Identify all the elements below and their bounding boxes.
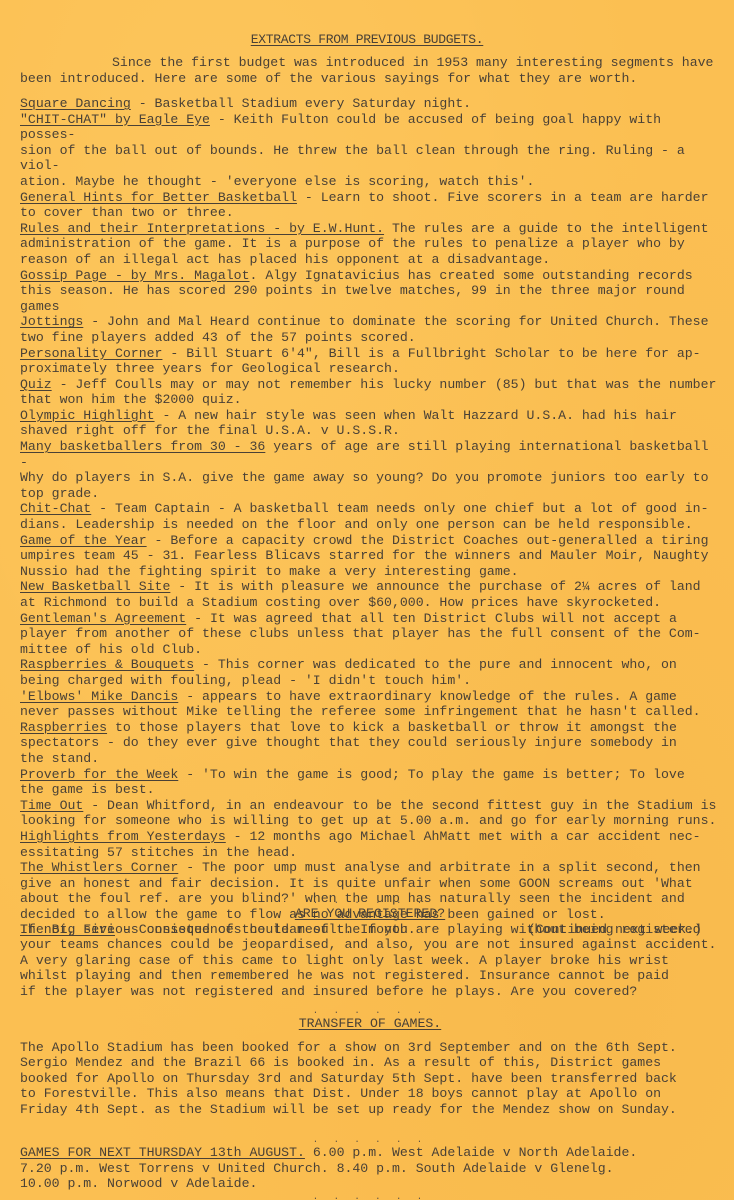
entry-item: Gentleman's Agreement - It was agreed th… xyxy=(20,611,720,658)
entry-item: Gossip Page - by Mrs. Magalot. Algy Igna… xyxy=(20,268,720,315)
entry-item: Time Out - Dean Whitford, in an endeavou… xyxy=(20,798,720,829)
entry-heading: New Basketball Site xyxy=(20,579,170,594)
separator: . . . . . . xyxy=(20,1135,720,1145)
separator: . . . . . . xyxy=(20,896,720,906)
separator-end: . . . . . . xyxy=(20,1192,720,1200)
document-title: EXTRACTS FROM PREVIOUS BUDGETS. xyxy=(0,32,734,48)
entry-heading: 'Elbows' Mike Dancis xyxy=(20,689,178,704)
entry-text: - Basketball Stadium every Saturday nigh… xyxy=(131,96,471,111)
entry-item: Raspberries & Bouquets - This corner was… xyxy=(20,657,720,688)
entry-item: Chit-Chat - Team Captain - A basketball … xyxy=(20,501,720,532)
fixture: 10.00 p.m. Norwood v Adelaide. xyxy=(20,1176,257,1191)
entry-item: Raspberries to those players that love t… xyxy=(20,720,720,767)
fixture: 6.00 p.m. West Adelaide v North Adelaide… xyxy=(313,1145,637,1160)
entry-heading: "CHIT-CHAT" by Eagle Eye xyxy=(20,112,210,127)
entry-text: - Dean Whitford, in an endeavour to be t… xyxy=(20,798,716,829)
games-body: GAMES FOR NEXT THURSDAY 13th AUGUST. 6.0… xyxy=(20,1145,720,1192)
fixture: 8.40 p.m. South Adelaide v Glenelg. xyxy=(337,1161,614,1176)
registered-heading-text: ARE YOU REGISTERED? xyxy=(295,906,445,921)
entry-heading: Gossip Page - by Mrs. Magalot xyxy=(20,268,250,283)
registered-body: If not, serious consequences could resul… xyxy=(20,922,720,1000)
entry-heading: Square Dancing xyxy=(20,96,131,111)
entry-item: Quiz - Jeff Coulls may or may not rememb… xyxy=(20,377,720,408)
entry-text: - Team Captain - A basketball team needs… xyxy=(20,501,709,532)
entry-heading: Gentleman's Agreement xyxy=(20,611,186,626)
entry-item: Game of the Year - Before a capacity cro… xyxy=(20,533,720,580)
entry-item: 'Elbows' Mike Dancis - appears to have e… xyxy=(20,689,720,720)
intro-paragraph: Since the first budget was introduced in… xyxy=(20,55,720,86)
entry-heading: Personality Corner xyxy=(20,346,162,361)
transfer-heading-text: TRANSFER OF GAMES. xyxy=(299,1016,441,1031)
entry-item: Jottings - John and Mal Heard continue t… xyxy=(20,314,720,345)
intro-line-1: Since the first budget was introduced in… xyxy=(20,55,720,71)
entry-text: - Jeff Coulls may or may not remember hi… xyxy=(20,377,716,408)
entry-heading: Quiz xyxy=(20,377,52,392)
entry-heading: Jottings xyxy=(20,314,83,329)
entry-text: to those players that love to kick a bas… xyxy=(20,720,677,766)
registered-heading: ARE YOU REGISTERED? xyxy=(20,906,720,922)
separator: . . . . . . xyxy=(20,1006,720,1016)
entry-heading: Proverb for the Week xyxy=(20,767,178,782)
entry-heading: Highlights from Yesterdays xyxy=(20,829,226,844)
entries-list: Square Dancing - Basketball Stadium ever… xyxy=(20,96,720,938)
entry-text: - John and Mal Heard continue to dominat… xyxy=(20,314,709,345)
entry-item: "CHIT-CHAT" by Eagle Eye - Keith Fulton … xyxy=(20,112,720,190)
entry-item: Square Dancing - Basketball Stadium ever… xyxy=(20,96,720,112)
entry-item: Highlights from Yesterdays - 12 months a… xyxy=(20,829,720,860)
entry-heading: Chit-Chat xyxy=(20,501,91,516)
entry-heading: The Whistlers Corner xyxy=(20,860,178,875)
entry-heading: Raspberries xyxy=(20,720,107,735)
games-heading: GAMES FOR NEXT THURSDAY 13th AUGUST. xyxy=(20,1145,305,1160)
games-section: . . . . . . GAMES FOR NEXT THURSDAY 13th… xyxy=(20,1135,720,1200)
transfer-section: . . . . . . TRANSFER OF GAMES. The Apoll… xyxy=(20,1006,720,1118)
entry-item: Many basketballers from 30 - 36 years of… xyxy=(20,439,720,501)
entry-heading: Raspberries & Bouquets xyxy=(20,657,194,672)
entry-item: Olympic Highlight - A new hair style was… xyxy=(20,408,720,439)
transfer-body: The Apollo Stadium has been booked for a… xyxy=(20,1040,720,1118)
entry-heading: Game of the Year xyxy=(20,533,147,548)
entry-heading: General Hints for Better Basketball xyxy=(20,190,297,205)
entry-item: New Basketball Site - It is with pleasur… xyxy=(20,579,720,610)
fixture: 7.20 p.m. West Torrens v United Church. xyxy=(20,1161,329,1176)
entry-heading: Time Out xyxy=(20,798,83,813)
entry-heading: Olympic Highlight xyxy=(20,408,155,423)
transfer-heading: TRANSFER OF GAMES. xyxy=(20,1016,720,1032)
entry-heading: Rules and their Interpretations - by E.W… xyxy=(20,221,384,236)
registered-section: . . . . . . ARE YOU REGISTERED? If not, … xyxy=(20,896,720,1000)
intro-line-2: been introduced. Here are some of the va… xyxy=(20,71,720,87)
entry-heading: Many basketballers from 30 - 36 xyxy=(20,439,265,454)
entry-item: Personality Corner - Bill Stuart 6'4", B… xyxy=(20,346,720,377)
entry-item: Rules and their Interpretations - by E.W… xyxy=(20,221,720,268)
entry-item: General Hints for Better Basketball - Le… xyxy=(20,190,720,221)
entry-item: Proverb for the Week - 'To win the game … xyxy=(20,767,720,798)
title-text: EXTRACTS FROM PREVIOUS BUDGETS. xyxy=(251,32,484,47)
